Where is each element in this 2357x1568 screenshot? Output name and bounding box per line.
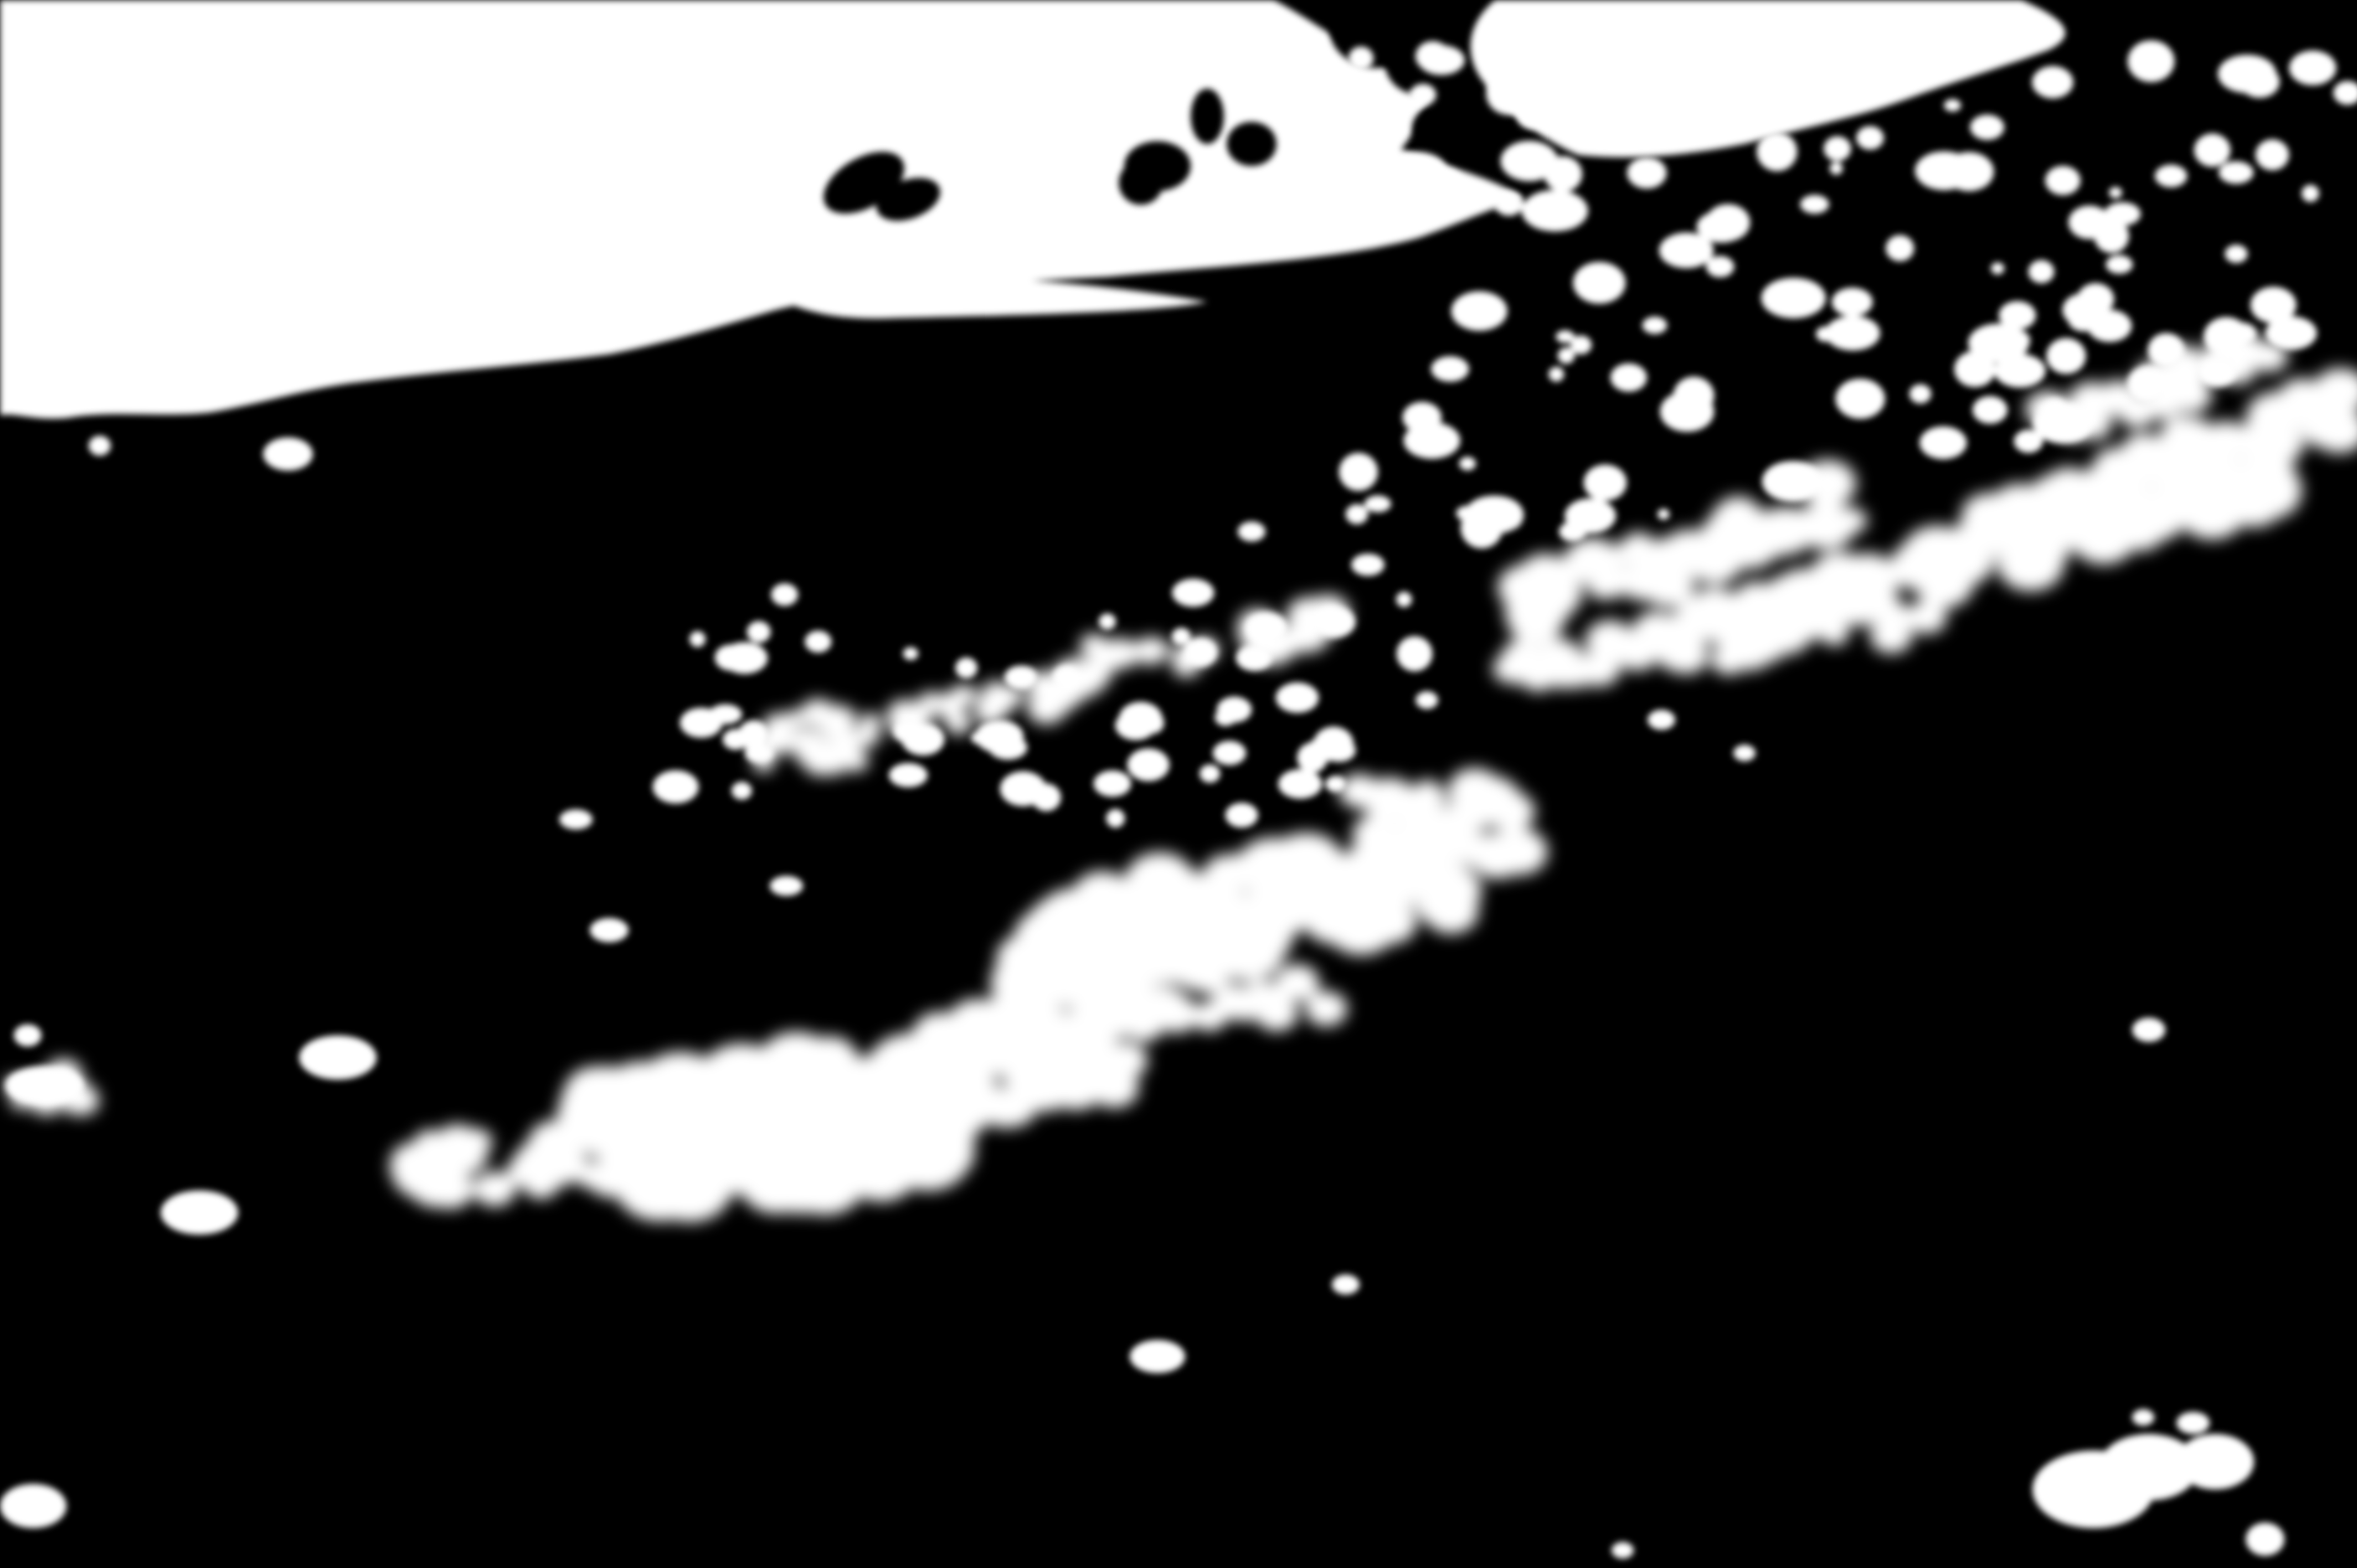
cloud-field-graphic bbox=[0, 0, 2357, 1568]
